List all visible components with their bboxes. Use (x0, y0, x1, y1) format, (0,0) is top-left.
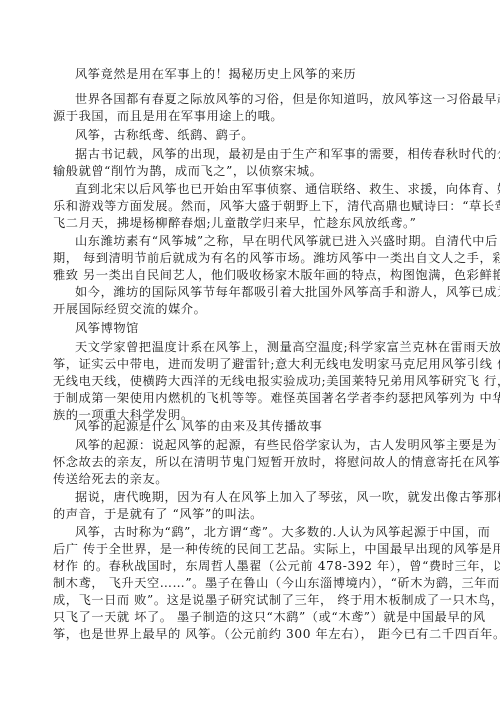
paragraph-line: 材作 的。春秋战国时，东周哲人墨翟（公元前 478-392 年），曾“费时三年，… (53, 558, 500, 574)
paragraph-line: 雅致 另一类出自民间艺人，他们吸收杨家木版年画的特点，构图饱满，色彩鲜艳。 (53, 267, 500, 283)
paragraph-line: 如今，潍坊的国际风筝节每年都吸引着大批国外风筝高手和游人，风筝已成为 (75, 284, 500, 300)
section-title: 风筝的起源是什么 风筝的由来及其传播故事 (75, 418, 322, 434)
paragraph-line: 制木鸢， 飞升天空……”。墨子在鲁山（今山东淄博境内），“斫木为鹞，三年而 (53, 575, 500, 591)
paragraph-line: 于制成第一架使用内燃机的飞机等等。难怪英国著名学者李约瑟把风筝列为 中华民 (53, 390, 500, 406)
article-title: 风筝竟然是用在军事上的！揭秘历史上风筝的来历 (75, 66, 356, 82)
paragraph-line: 乐和游戏等方面发展。然而，风筝大盛于朝野上下，清代高鼎也赋诗曰：“草长莺 (53, 198, 500, 214)
paragraph-line: 传送给死去的亲友。 (53, 471, 168, 487)
paragraph-line: 输般就曾“削竹为鹊，成而飞之”，以侦察宋城。 (53, 163, 322, 179)
paragraph-line: 无线电天线，使横跨大西洋的无线电报实验成功;美国莱特兄弟用风筝研究飞 行，终 (53, 373, 500, 389)
section-title: 风筝博物馆 (75, 320, 139, 336)
paragraph-line: 成，飞一日而 败”。这是说墨子研究试制了三年， 终于用木板制成了一只木鸟，但 (53, 592, 500, 608)
paragraph-line: 据古书记载，风筝的出现，最初是由于生产和军事的需要，相传春秋时代的公 (75, 146, 500, 162)
paragraph-line: 据说，唐代晚期，因为有人在风筝上加入了琴弦，风一吹，就发出像古筝那样 (75, 489, 500, 505)
paragraph-line: 风筝，古称纸鸢、纸鹞、鹞子。 (75, 127, 254, 143)
document-page: 风筝竟然是用在军事上的！揭秘历史上风筝的来历 世界各国都有春夏之际放风筝的习俗，… (0, 0, 500, 707)
paragraph-line: 世界各国都有春夏之际放风筝的习俗，但是你知道吗，放风筝这一习俗最早起 (75, 91, 500, 107)
paragraph-line: 怀念故去的亲友，所以在清明节鬼门短暂开放时，将慰问故人的情意寄托在风筝上 (53, 454, 500, 470)
paragraph-line: 直到北宋以后风筝也已开始由军事侦察、通信联络、救生、求援，向体育、娱 (75, 181, 500, 197)
paragraph-line: 期， 每到清明节前后就成为有名的风筝市场。潍坊风筝中一类出自文人之手，彩绘 (53, 250, 500, 266)
paragraph-line: 源于我国，而且是用在军事用途上的哦。 (53, 108, 283, 124)
paragraph-line: 飞二月天，拂堤杨柳醉春烟;儿童散学归来早，忙趁东风放纸鸢。” (53, 215, 417, 231)
paragraph-line: 开展国际经贸交流的媒介。 (53, 301, 206, 317)
paragraph-line: 筝，也是世界上最早的 风筝。（公元前约 300 年左右）， 距今已有二千四百年。 (53, 626, 500, 642)
paragraph-line: 只飞了一天就 坏了。 墨子制造的这只“木鹞”（或“木鸢”）就是中国最早的风 (53, 609, 486, 625)
paragraph-line: 风筝的起源：说起风筝的起源，有些民俗学家认为，古人发明风筝主要是为了 (75, 437, 500, 453)
paragraph-line: 天文学家曾把温度计系在风筝上，测量高空温度;科学家富兰克林在雷雨天放 风 (75, 339, 500, 355)
paragraph-line: 的声音，于是就有了 “风筝”的叫法。 (53, 506, 263, 522)
paragraph-line: 山东潍坊素有“风筝城”之称，早在明代风筝就已进入兴盛时期。自清代中后 (75, 233, 498, 249)
paragraph-line: 后广 传于全世界，是一种传统的民间工艺品。实际上，中国最早出现的风筝是用木 (53, 541, 500, 557)
paragraph-line: 风筝，古时称为“鹞”，北方谓“鸢”。大多数的.人认为风筝起源于中国，而 (75, 524, 490, 540)
paragraph-line: 筝，证实云中带电，进而发明了避雷针;意大利无线电发明家马克尼用风筝引线 代替 (53, 356, 500, 372)
